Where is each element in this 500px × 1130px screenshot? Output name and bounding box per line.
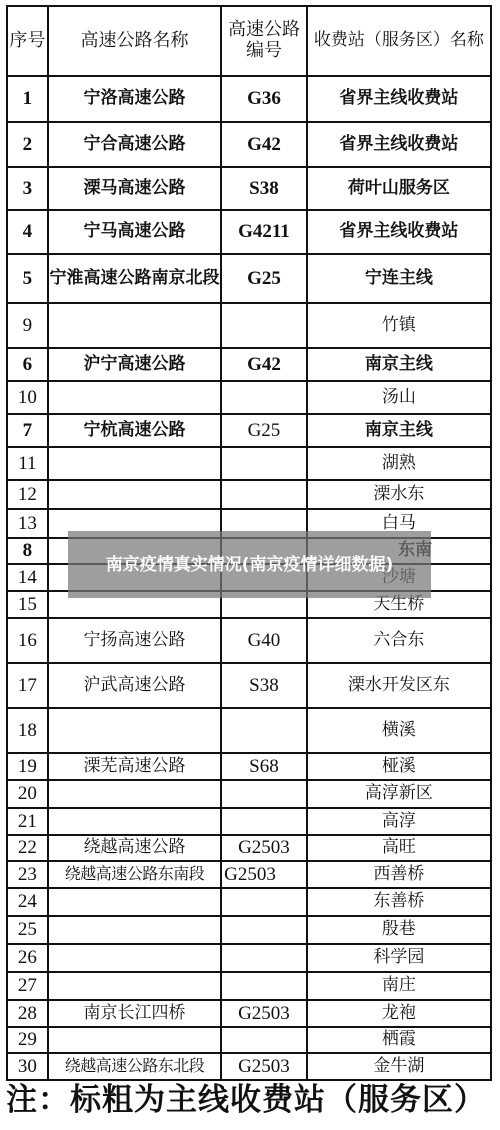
row-station-name: 溧水开发区东	[306, 664, 490, 707]
row-highway-name	[47, 481, 220, 508]
row-highway-code	[220, 781, 306, 807]
row-index: 12	[8, 481, 47, 508]
table-row: 29栖霞	[8, 1026, 490, 1052]
table-row: 25殷巷	[8, 915, 490, 943]
table-row: 16宁扬高速公路G40六合东	[8, 617, 490, 662]
row-station-name: 溧水东	[306, 481, 490, 508]
row-index: 8	[8, 539, 47, 563]
header-station-name: 收费站（服务区）名称	[306, 7, 490, 75]
row-index: 16	[8, 619, 47, 662]
table-row: 9竹镇	[8, 302, 490, 347]
table-row: 21高淳	[8, 807, 490, 834]
row-highway-code: G2503	[220, 836, 306, 860]
row-station-name: 西善桥	[306, 862, 490, 887]
row-index: 11	[8, 448, 47, 479]
row-station-name: 湖熟	[306, 448, 490, 479]
table-row: 10汤山	[8, 380, 490, 413]
row-highway-code: G25	[220, 255, 306, 302]
table-header-row: 序号 高速公路名称 高速公路编号 收费站（服务区）名称	[8, 7, 490, 75]
row-index: 20	[8, 781, 47, 807]
row-highway-code: S38	[220, 168, 306, 209]
row-highway-name: 绕越高速公路	[47, 836, 220, 860]
row-highway-name	[47, 304, 220, 347]
row-highway-name: 宁淮高速公路南京北段	[47, 255, 220, 302]
row-highway-code: G2503	[220, 862, 306, 887]
table-row: 3溧马高速公路S38荷叶山服务区	[8, 166, 490, 209]
table-row: 28南京长江四桥G2503龙袍	[8, 999, 490, 1026]
row-index: 26	[8, 945, 47, 971]
row-highway-code: S68	[220, 754, 306, 779]
row-station-name: 荷叶山服务区	[306, 168, 490, 209]
row-station-name: 科学园	[306, 945, 490, 971]
row-index: 22	[8, 836, 47, 860]
row-station-name: 南京主线	[306, 349, 490, 380]
row-highway-code: S38	[220, 664, 306, 707]
row-highway-code: G42	[220, 123, 306, 166]
row-highway-code: G2503	[220, 1001, 306, 1026]
row-station-name: 南京主线	[306, 415, 490, 446]
row-station-name: 省界主线收费站	[306, 123, 490, 166]
row-highway-name	[47, 809, 220, 834]
row-station-name: 宁连主线	[306, 255, 490, 302]
table-row: 26科学园	[8, 943, 490, 971]
row-index: 25	[8, 917, 47, 943]
table-row: 1宁洛高速公路G36省界主线收费站	[8, 75, 490, 121]
row-highway-name: 宁杭高速公路	[47, 415, 220, 446]
table-row: 23绕越高速公路东南段G2503西善桥	[8, 860, 490, 887]
row-highway-code	[220, 945, 306, 971]
row-station-name: 桠溪	[306, 754, 490, 779]
row-index: 10	[8, 382, 47, 413]
row-index: 18	[8, 709, 47, 752]
header-highway-code: 高速公路编号	[220, 7, 306, 75]
row-index: 14	[8, 565, 47, 590]
table-row: 7宁杭高速公路G25南京主线	[8, 413, 490, 446]
table-row: 17沪武高速公路S38溧水开发区东	[8, 662, 490, 707]
row-highway-code: G4211	[220, 211, 306, 253]
header-index: 序号	[8, 7, 47, 75]
row-index: 6	[8, 349, 47, 380]
row-station-name: 东善桥	[306, 889, 490, 915]
row-index: 3	[8, 168, 47, 209]
table-row: 19溧芜高速公路S68桠溪	[8, 752, 490, 779]
row-station-name: 竹镇	[306, 304, 490, 347]
row-highway-code	[220, 709, 306, 752]
row-index: 19	[8, 754, 47, 779]
table-row: 4宁马高速公路G4211省界主线收费站	[8, 209, 490, 253]
row-highway-code: G36	[220, 77, 306, 121]
row-station-name: 栖霞	[306, 1028, 490, 1052]
row-index: 9	[8, 304, 47, 347]
row-highway-name: 宁合高速公路	[47, 123, 220, 166]
row-index: 24	[8, 889, 47, 915]
table-row: 20高淳新区	[8, 779, 490, 807]
row-highway-code	[220, 973, 306, 999]
row-station-name: 省界主线收费站	[306, 211, 490, 253]
row-index: 13	[8, 510, 47, 537]
row-highway-name	[47, 709, 220, 752]
row-highway-name	[47, 448, 220, 479]
row-highway-code: G40	[220, 619, 306, 662]
row-index: 4	[8, 211, 47, 253]
row-highway-name: 宁洛高速公路	[47, 77, 220, 121]
footnote: 注：标粗为主线收费站（服务区）	[6, 1074, 486, 1119]
row-station-name: 高淳新区	[306, 781, 490, 807]
row-station-name: 横溪	[306, 709, 490, 752]
row-station-name: 龙袍	[306, 1001, 490, 1026]
table-row: 18横溪	[8, 707, 490, 752]
table-row: 22绕越高速公路G2503高旺	[8, 834, 490, 860]
row-highway-name	[47, 1028, 220, 1052]
row-highway-name	[47, 973, 220, 999]
row-highway-name	[47, 781, 220, 807]
row-highway-code	[220, 809, 306, 834]
row-index: 29	[8, 1028, 47, 1052]
row-station-name: 高淳	[306, 809, 490, 834]
row-highway-code: G42	[220, 349, 306, 380]
table-row: 2宁合高速公路G42省界主线收费站	[8, 121, 490, 166]
row-index: 27	[8, 973, 47, 999]
row-highway-name	[47, 382, 220, 413]
overlay-title: 南京疫情真实情况(南京疫情详细数据)	[80, 552, 420, 578]
header-highway-name: 高速公路名称	[47, 7, 220, 75]
title-overlay-banner: 南京疫情真实情况(南京疫情详细数据)	[68, 531, 431, 598]
row-highway-name	[47, 889, 220, 915]
row-highway-code	[220, 481, 306, 508]
row-highway-name: 宁扬高速公路	[47, 619, 220, 662]
row-index: 15	[8, 592, 47, 617]
table-row: 11湖熟	[8, 446, 490, 479]
row-index: 17	[8, 664, 47, 707]
row-highway-code	[220, 1028, 306, 1052]
row-station-name: 南庄	[306, 973, 490, 999]
row-highway-name: 绕越高速公路东南段	[47, 862, 220, 887]
row-highway-name: 沪武高速公路	[47, 664, 220, 707]
table-row: 24东善桥	[8, 887, 490, 915]
row-highway-name: 溧芜高速公路	[47, 754, 220, 779]
table-row: 6沪宁高速公路G42南京主线	[8, 347, 490, 380]
row-index: 23	[8, 862, 47, 887]
row-highway-code	[220, 448, 306, 479]
row-index: 7	[8, 415, 47, 446]
row-index: 1	[8, 77, 47, 121]
row-station-name: 殷巷	[306, 917, 490, 943]
row-highway-name: 南京长江四桥	[47, 1001, 220, 1026]
table-row: 5宁淮高速公路南京北段G25宁连主线	[8, 253, 490, 302]
row-station-name: 省界主线收费站	[306, 77, 490, 121]
row-highway-code	[220, 889, 306, 915]
row-station-name: 高旺	[306, 836, 490, 860]
row-highway-code	[220, 304, 306, 347]
row-highway-code: G25	[220, 415, 306, 446]
table-row: 27南庄	[8, 971, 490, 999]
row-index: 5	[8, 255, 47, 302]
table-row: 12溧水东	[8, 479, 490, 508]
row-station-name: 六合东	[306, 619, 490, 662]
row-highway-name: 溧马高速公路	[47, 168, 220, 209]
row-highway-code	[220, 917, 306, 943]
row-highway-code	[220, 382, 306, 413]
row-index: 28	[8, 1001, 47, 1026]
row-highway-name	[47, 945, 220, 971]
row-index: 2	[8, 123, 47, 166]
row-highway-name	[47, 917, 220, 943]
row-highway-name: 沪宁高速公路	[47, 349, 220, 380]
row-index: 21	[8, 809, 47, 834]
row-station-name: 汤山	[306, 382, 490, 413]
row-highway-name: 宁马高速公路	[47, 211, 220, 253]
